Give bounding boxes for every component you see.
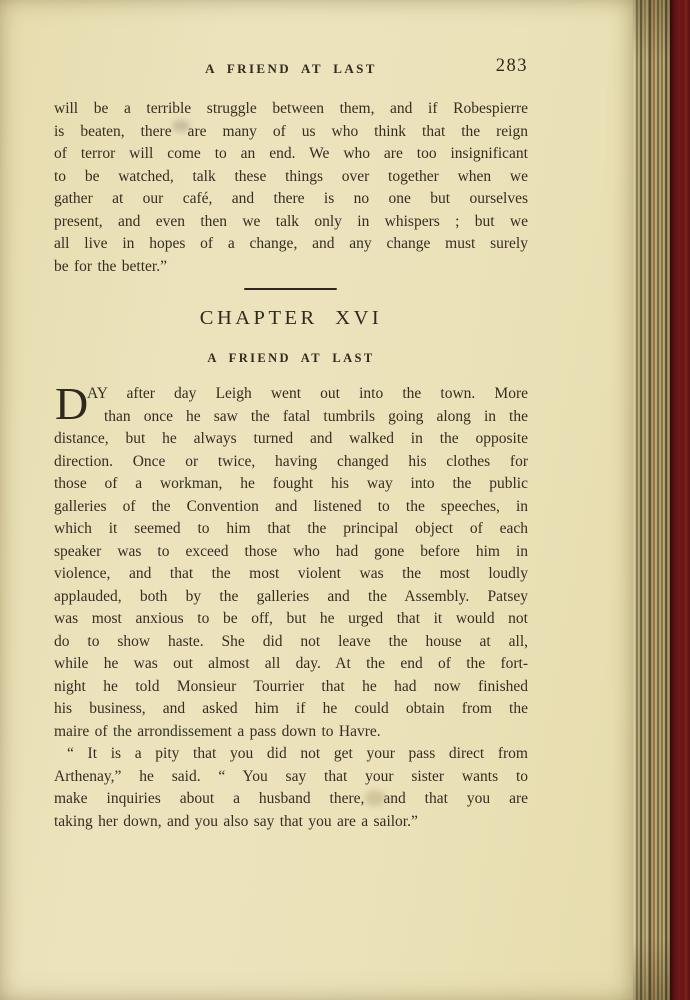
text-line: violence, and that the most violent was … [54,563,528,586]
text-line: speaker was to exceed those who had gone… [54,541,528,564]
page: A FRIEND AT LAST 283 will be a terrible … [0,0,633,1000]
drop-cap: D [55,385,88,423]
text-line: gather at our café, and there is no one … [54,188,528,211]
text-line: while he was out almost all day. At the … [54,653,528,676]
text-line: Arthenay,” he said. “ You say that your … [54,766,528,789]
text-line: those of a workman, he fought his way in… [54,473,528,496]
text-line: direction. Once or twice, having changed… [54,451,528,474]
text-line: present, and even then we talk only in w… [54,211,528,234]
text-line: galleries of the Convention and listened… [54,496,528,519]
text-line: AY after day Leigh went out into the tow… [54,383,528,406]
chapter-opening-paragraph: D AY after day Leigh went out into the t… [54,383,528,743]
text-line: taking her down, and you also say that y… [54,811,528,834]
running-header: A FRIEND AT LAST 283 [54,60,528,82]
text-line: will be a terrible struggle between them… [54,98,528,121]
text-line: distance, but he always turned and walke… [54,428,528,451]
page-number: 283 [496,56,528,77]
text-line: “ It is a pity that you did not get your… [54,743,528,766]
text-line: is beaten, there are many of us who thin… [54,121,528,144]
paragraph-continuation: will be a terrible struggle between them… [54,98,528,278]
text-line: applauded, both by the galleries and the… [54,586,528,609]
dialogue-paragraph: “ It is a pity that you did not get your… [54,743,528,833]
chapter-paragraph-lines: AY after day Leigh went out into the tow… [54,383,528,743]
text-line: was most anxious to be off, but he urged… [54,608,528,631]
section-divider [244,288,337,290]
text-line: make inquiries about a husband there, an… [54,788,528,811]
text-line: do to show haste. She did not leave the … [54,631,528,654]
chapter-subtitle: A FRIEND AT LAST [54,351,528,366]
text-line: all live in hopes of a change, and any c… [54,233,528,256]
text-line: be for the better.” [54,256,528,279]
text-column: A FRIEND AT LAST 283 will be a terrible … [54,0,528,833]
text-line: night he told Monsieur Tourrier that he … [54,676,528,699]
text-line: which it seemed to him that the principa… [54,518,528,541]
chapter-heading: CHAPTER XVI [54,307,528,330]
text-line: to be watched, talk these things over to… [54,166,528,189]
text-line: of terror will come to an end. We who ar… [54,143,528,166]
text-line: maire of the arrondissement a pass down … [54,721,528,744]
book-cover-edge [670,0,690,1000]
running-head-title: A FRIEND AT LAST [205,61,377,76]
book-page-scan: A FRIEND AT LAST 283 will be a terrible … [0,0,690,1000]
book-page-edges [633,0,670,1000]
text-line: his business, and asked him if he could … [54,698,528,721]
text-line: than once he saw the fatal tumbrils goin… [54,406,528,429]
